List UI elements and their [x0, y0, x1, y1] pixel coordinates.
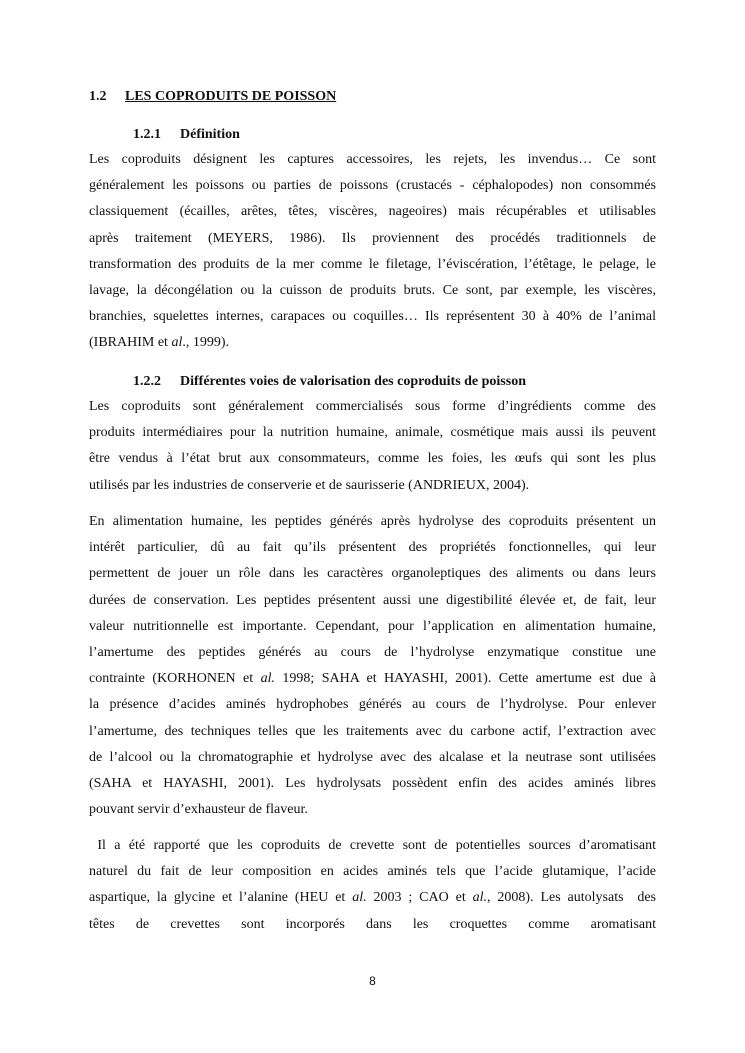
document-page: 1.2LES COPRODUITS DE POISSON 1.2.1Défini…	[0, 0, 745, 1053]
text-line: transformation des produits de la mer co…	[89, 252, 656, 278]
text-line: permettent de jouer un rôle dans les car…	[89, 561, 656, 587]
text-line: pouvant servir d’exhausteur de flaveur.	[89, 797, 656, 823]
section-number: 1.2	[89, 89, 125, 105]
subsection-heading-valorisation: 1.2.2Différentes voies de valorisation d…	[133, 374, 526, 390]
text-line: être vendus à l’état brut aux consommate…	[89, 446, 656, 472]
text-line: naturel du fait de leur composition en a…	[89, 859, 656, 885]
text-line: utilisés par les industries de conserver…	[89, 473, 656, 499]
subsection-title: Différentes voies de valorisation des co…	[180, 374, 526, 389]
paragraph-valorisation-2: En alimentation humaine, les peptides gé…	[89, 509, 656, 823]
text-line: intérêt particulier, dû au fait qu’ils p…	[89, 535, 656, 561]
citation-suffix: ., 1999).	[182, 335, 229, 350]
text-line: contrainte (KORHONEN et al. 1998; SAHA e…	[89, 666, 656, 692]
text-line: généralement les poissons ou parties de …	[89, 173, 656, 199]
paragraph-valorisation-3: Il a été rapporté que les coproduits de …	[89, 833, 656, 938]
text-line: Les coproduits désignent les captures ac…	[89, 147, 656, 173]
text-line: classiquement (écailles, arêtes, têtes, …	[89, 199, 656, 225]
citation-al: al	[171, 335, 182, 350]
citation-prefix: (IBRAHIM et	[89, 335, 171, 350]
text-line: l’amertume, des techniques telles que le…	[89, 719, 656, 745]
subsection-title: Définition	[180, 127, 240, 142]
text-line: la présence d’acides aminés hydrophobes …	[89, 692, 656, 718]
text-line: aspartique, la glycine et l’alanine (HEU…	[89, 885, 656, 911]
subsection-heading-definition: 1.2.1Définition	[133, 127, 240, 143]
text-line: (IBRAHIM et al., 1999).	[89, 330, 656, 356]
text-line: En alimentation humaine, les peptides gé…	[89, 509, 656, 535]
text-line: branchies, squelettes internes, carapace…	[89, 304, 656, 330]
section-heading: 1.2LES COPRODUITS DE POISSON	[89, 89, 336, 105]
text-line: Il a été rapporté que les coproduits de …	[89, 833, 656, 859]
text-line: après traitement (MEYERS, 1986). Ils pro…	[89, 226, 656, 252]
subsection-number: 1.2.2	[133, 374, 180, 390]
paragraph-definition: Les coproduits désignent les captures ac…	[89, 147, 656, 357]
text-line: durées de conservation. Les peptides pré…	[89, 588, 656, 614]
page-number: 8	[0, 974, 745, 988]
text-line: Les coproduits sont généralement commerc…	[89, 394, 656, 420]
paragraph-valorisation-1: Les coproduits sont généralement commerc…	[89, 394, 656, 499]
text-line: produits intermédiaires pour la nutritio…	[89, 420, 656, 446]
section-title: LES COPRODUITS DE POISSON	[125, 89, 336, 104]
text-line: l’amertume des peptides générés au cours…	[89, 640, 656, 666]
text-line: (SAHA et HAYASHI, 2001). Les hydrolysats…	[89, 771, 656, 797]
text-line: têtes de crevettes sont incorporés dans …	[89, 912, 656, 938]
text-line: lavage, la décongélation ou la cuisson d…	[89, 278, 656, 304]
subsection-number: 1.2.1	[133, 127, 180, 143]
text-line: valeur nutritionnelle est importante. Ce…	[89, 614, 656, 640]
text-line: de l’alcool ou la chromatographie et hyd…	[89, 745, 656, 771]
